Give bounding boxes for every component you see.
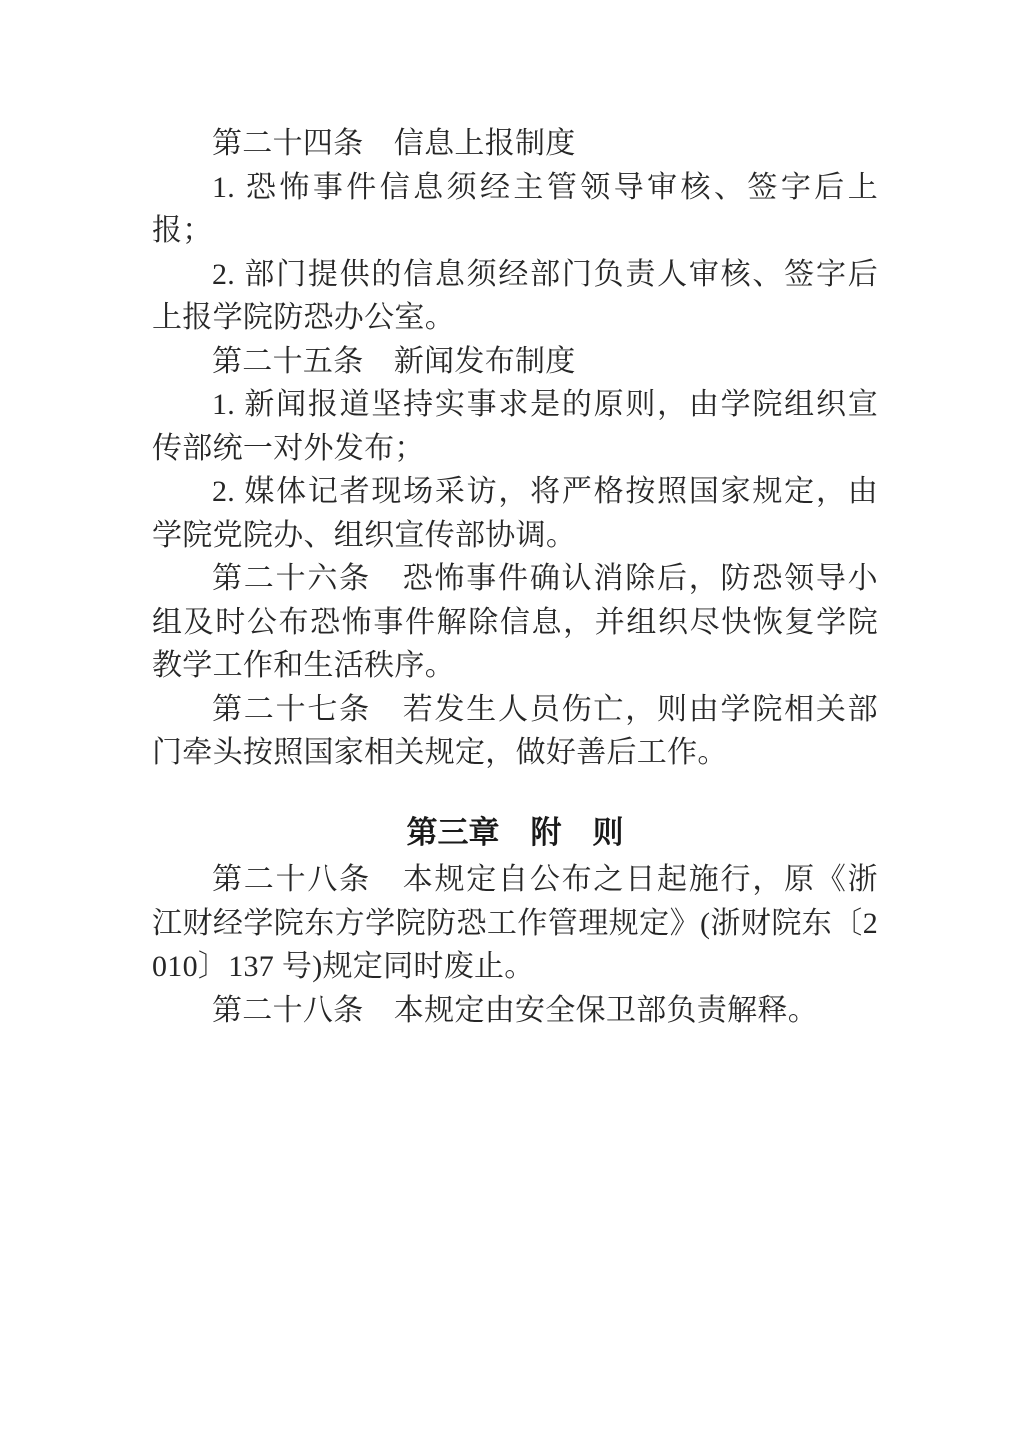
document-page: 第二十四条 信息上报制度 1. 恐怖事件信息须经主管领导审核、签字后上报； 2.… bbox=[0, 0, 1024, 1448]
clause-24-heading: 第二十四条 信息上报制度 bbox=[152, 122, 878, 166]
clause-27: 第二十七条 若发生人员伤亡，则由学院相关部门牵头按照国家相关规定，做好善后工作。 bbox=[152, 688, 878, 775]
clause-25-item-2: 2. 媒体记者现场采访，将严格按照国家规定，由学院党院办、组织宣传部协调。 bbox=[152, 470, 878, 557]
clause-28-effective-date: 第二十八条 本规定自公布之日起施行，原《浙江财经学院东方学院防恐工作管理规定》(… bbox=[152, 858, 878, 989]
clause-25-item-1: 1. 新闻报道坚持实事求是的原则，由学院组织宣传部统一对外发布； bbox=[152, 383, 878, 470]
document-text-block: 第二十四条 信息上报制度 1. 恐怖事件信息须经主管领导审核、签字后上报； 2.… bbox=[152, 122, 878, 1032]
clause-24-item-1: 1. 恐怖事件信息须经主管领导审核、签字后上报； bbox=[152, 166, 878, 253]
clause-26: 第二十六条 恐怖事件确认消除后，防恐领导小组及时公布恐怖事件解除信息，并组织尽快… bbox=[152, 557, 878, 688]
clause-28-interpretation: 第二十八条 本规定由安全保卫部负责解释。 bbox=[152, 989, 878, 1033]
clause-25-heading: 第二十五条 新闻发布制度 bbox=[152, 340, 878, 384]
clause-24-item-2: 2. 部门提供的信息须经部门负责人审核、签字后上报学院防恐办公室。 bbox=[152, 253, 878, 340]
chapter-3-heading: 第三章 附 则 bbox=[152, 811, 878, 855]
